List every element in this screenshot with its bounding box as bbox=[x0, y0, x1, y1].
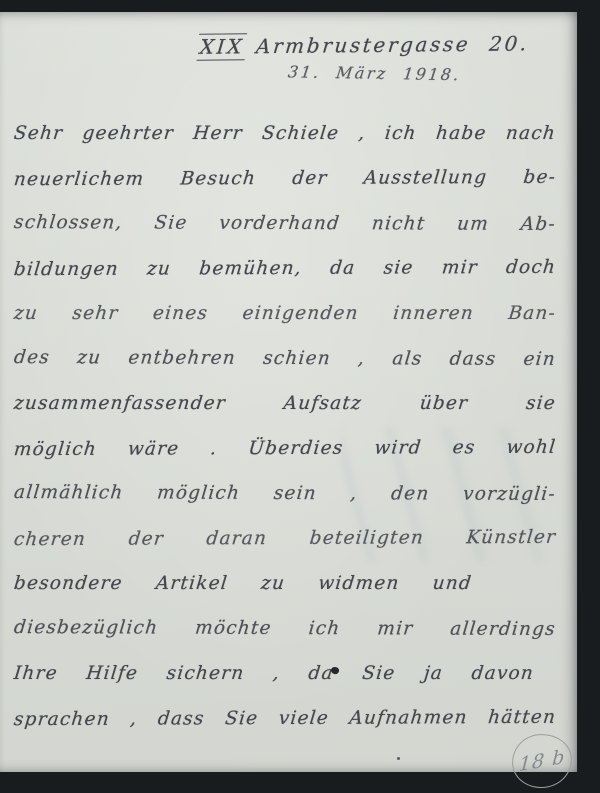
letter-line: besondere Artikel zu widmen und bbox=[12, 561, 559, 606]
letter-line: allmählich möglich sein , den vorzügli- bbox=[12, 470, 558, 517]
letter-line: Ihre Hilfe sichern , da Sie ja davon bbox=[12, 651, 559, 696]
letter-paper: XIXArmbrustergasse 20. 31. März 1918. Se… bbox=[0, 12, 577, 772]
letter-line: diesbezüglich möchte ich mir allerdings bbox=[12, 605, 558, 652]
district-numeral: XIX bbox=[197, 33, 248, 61]
letter-line: neuerlichem Besuch der Ausstellung be- bbox=[12, 155, 559, 202]
date-line: 31. März 1918. bbox=[287, 62, 489, 84]
letter-line: des zu entbehren schien , als dass ein bbox=[12, 335, 558, 382]
letter-scan-background: XIXArmbrustergasse 20. 31. März 1918. Se… bbox=[0, 0, 600, 793]
ink-speck bbox=[397, 757, 400, 760]
letter-line: zusammenfassender Aufsatz über sie bbox=[12, 381, 559, 426]
street-address: Armbrustergasse 20. bbox=[255, 31, 530, 58]
letter-line: cheren der daran beteiligten Künstler bbox=[12, 515, 559, 562]
letter-line: sprachen , dass Sie viele Aufnahmen hätt… bbox=[12, 695, 559, 742]
letter-line: bildungen zu bemühen, da sie mir doch bbox=[12, 245, 559, 292]
page-number: 18 b bbox=[518, 746, 566, 776]
letter-line: Sehr geehrter Herr Schiele , ich habe na… bbox=[12, 111, 559, 156]
letter-line: möglich wäre . Überdies wird es wohl bbox=[12, 425, 559, 472]
letter-body: Sehr geehrter Herr Schiele , ich habe na… bbox=[14, 111, 556, 741]
address-line: XIXArmbrustergasse 20. bbox=[197, 30, 545, 61]
letter-line: zu sehr eines einigenden inneren Ban- bbox=[12, 291, 559, 336]
letter-line: schlossen, Sie vorderhand nicht um Ab- bbox=[12, 200, 558, 247]
